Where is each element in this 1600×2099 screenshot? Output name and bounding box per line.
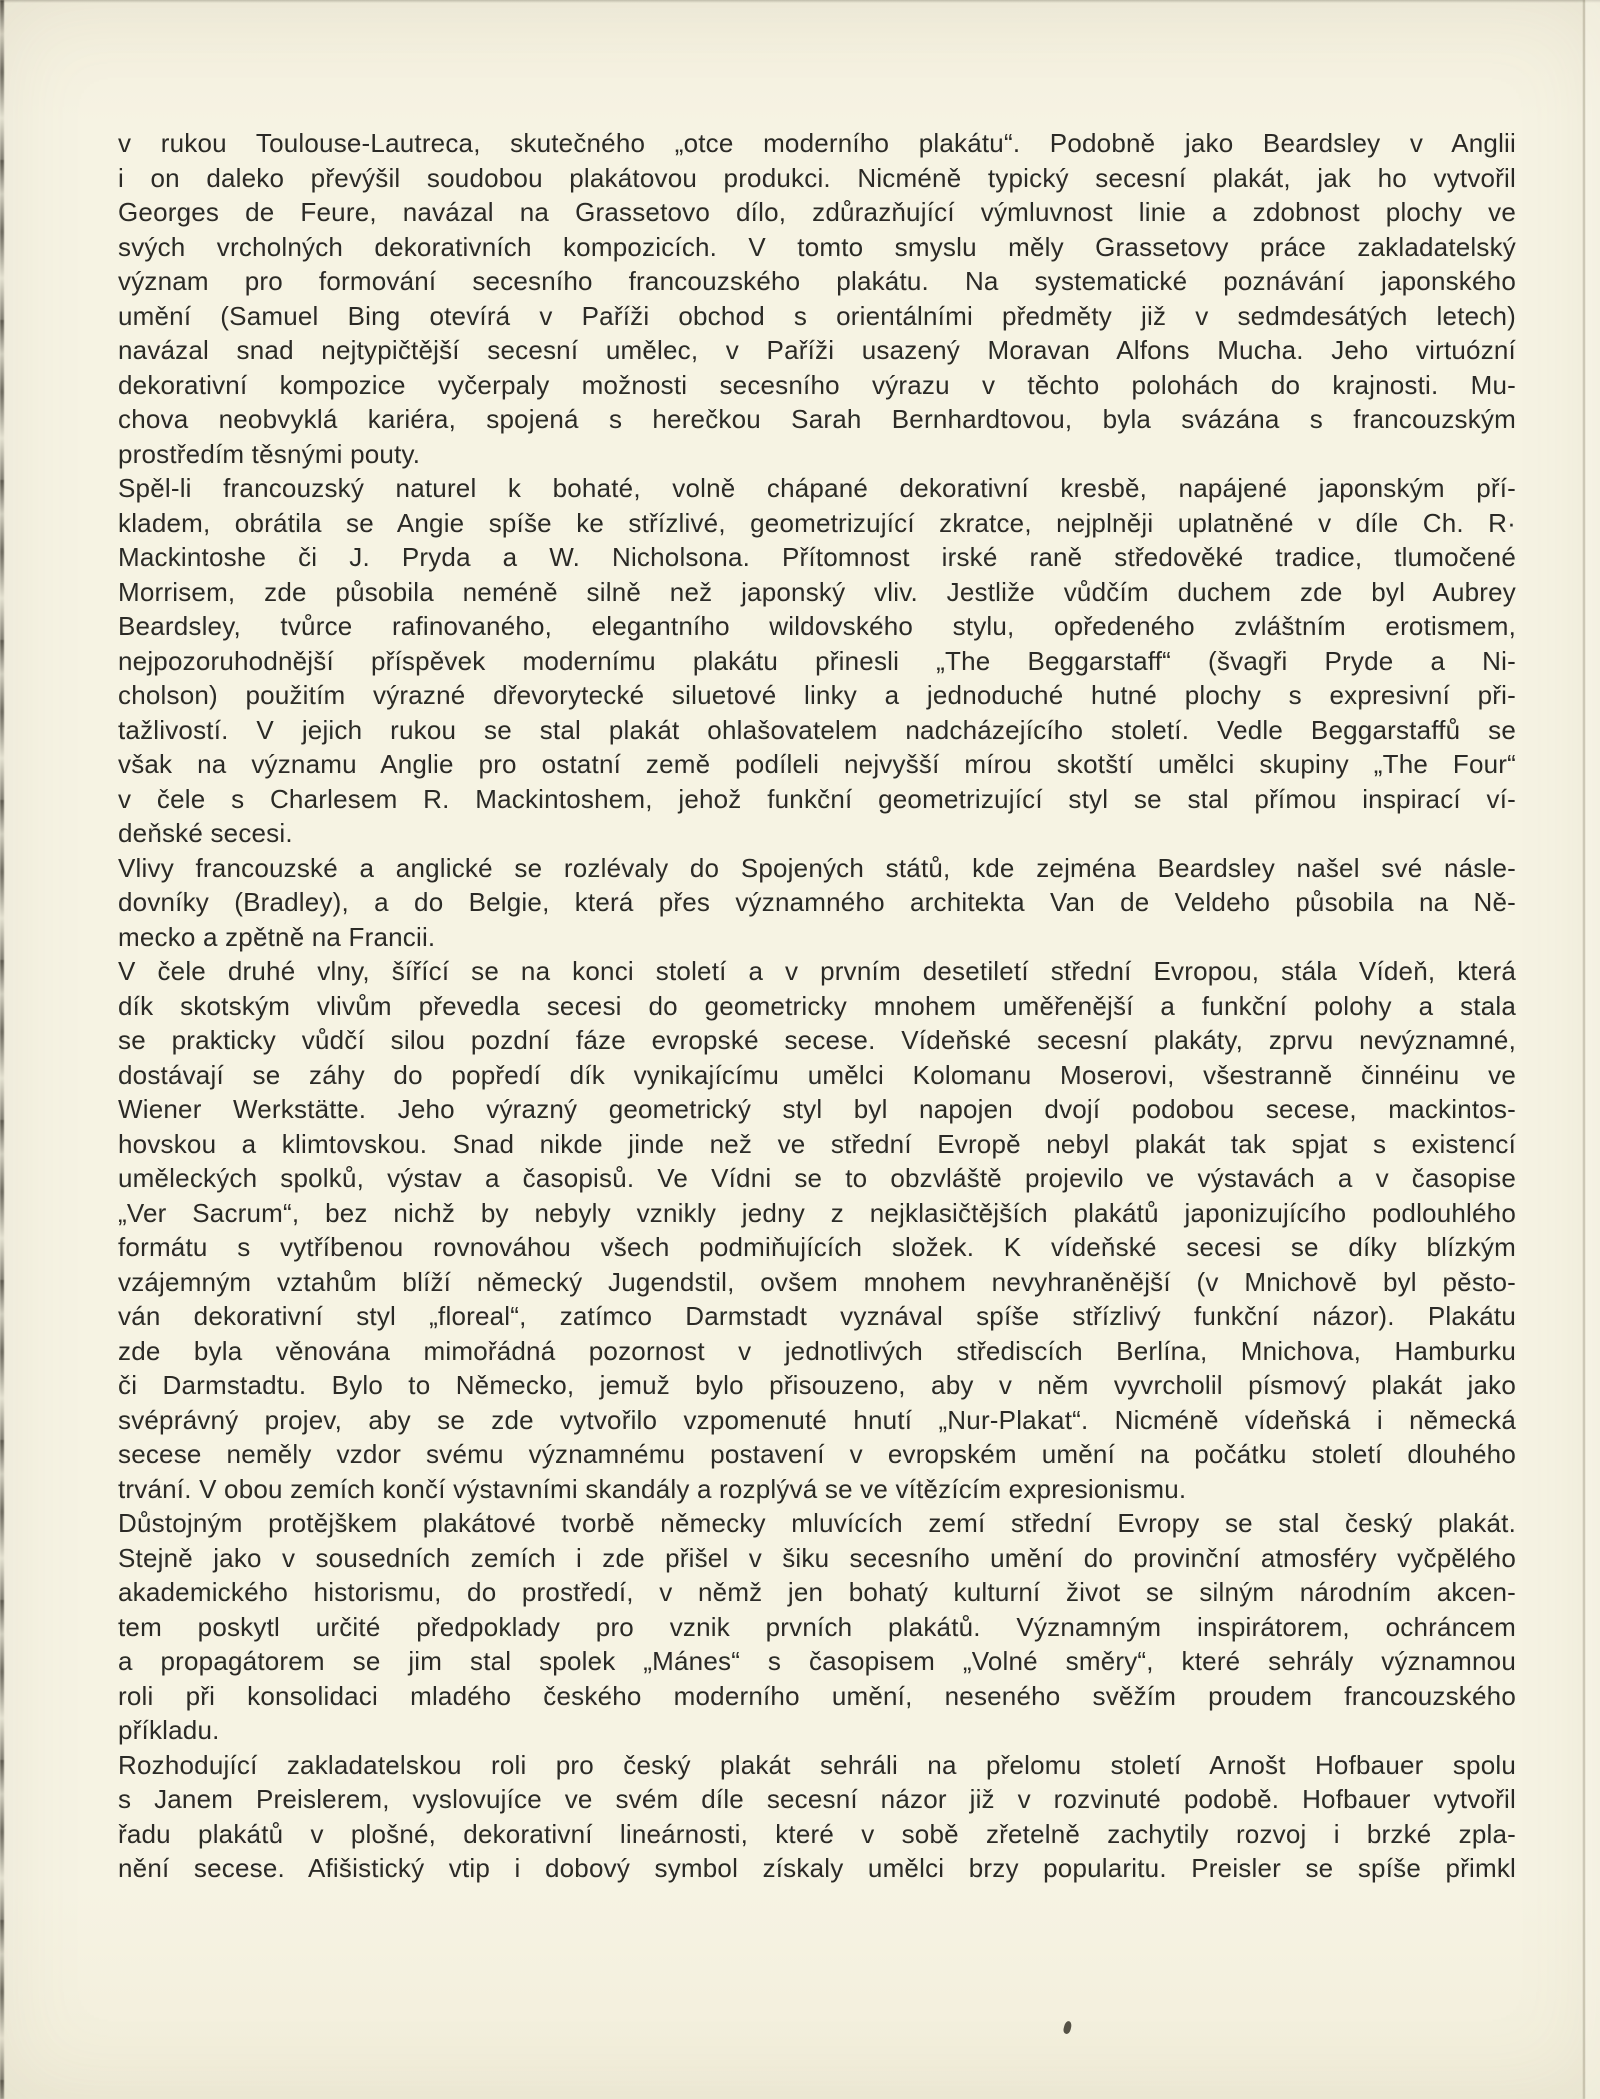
text-line: Wiener Werkstätte. Jeho výrazný geometri… <box>118 1092 1516 1127</box>
scanned-page: v rukou Toulouse-Lautreca, skutečného „o… <box>0 0 1600 2099</box>
text-line: nejpozoruhodnější příspěvek modernímu pl… <box>118 644 1516 679</box>
ink-speck <box>1063 2020 1073 2034</box>
text-line: hovskou a klimtovskou. Snad nikde jinde … <box>118 1127 1516 1162</box>
text-line: řadu plakátů v plošné, dekorativní lineá… <box>118 1817 1516 1852</box>
text-line: Vlivy francouzské a anglické se rozléval… <box>118 851 1516 886</box>
text-line: prostředím těsnými pouty. <box>118 437 1516 472</box>
page-edge-shadow <box>1583 0 1585 2099</box>
text-line: navázal snad nejtypičtější secesní uměle… <box>118 333 1516 368</box>
text-line: v čele s Charlesem R. Mackintoshem, jeho… <box>118 782 1516 817</box>
text-line: secese neměly vzdor svému významnému pos… <box>118 1437 1516 1472</box>
text-line: roli při konsolidaci mladého českého mod… <box>118 1679 1516 1714</box>
text-line: Stejně jako v sousedních zemích i zde př… <box>118 1541 1516 1576</box>
text-line: tažlivostí. V jejich rukou se stal plaká… <box>118 713 1516 748</box>
text-line: Rozhodující zakladatelskou roli pro česk… <box>118 1748 1516 1783</box>
text-line: deňské secesi. <box>118 816 1516 851</box>
text-line: v rukou Toulouse-Lautreca, skutečného „o… <box>118 126 1516 161</box>
text-line: chova neobvyklá kariéra, spojená s hereč… <box>118 402 1516 437</box>
text-line: mecko a zpětně na Francii. <box>118 920 1516 955</box>
scan-top-edge-artifact <box>0 0 1600 3</box>
text-line: Důstojným protějškem plakátové tvorbě ně… <box>118 1506 1516 1541</box>
text-line: Morrisem, zde působila neméně silně než … <box>118 575 1516 610</box>
text-line: a propagátorem se jim stal spolek „Mánes… <box>118 1644 1516 1679</box>
text-line: příkladu. <box>118 1713 1516 1748</box>
text-line: s Janem Preislerem, vyslovujíce ve svém … <box>118 1782 1516 1817</box>
text-line: Beardsley, tvůrce rafinovaného, elegantn… <box>118 609 1516 644</box>
text-line: kladem, obrátila se Angie spíše ke stříz… <box>118 506 1516 541</box>
text-line: trvání. V obou zemích končí výstavními s… <box>118 1472 1516 1507</box>
text-line: Mackintoshe či J. Pryda a W. Nicholsona.… <box>118 540 1516 575</box>
text-line: umění (Samuel Bing otevírá v Paříži obch… <box>118 299 1516 334</box>
page-text: v rukou Toulouse-Lautreca, skutečného „o… <box>118 126 1516 1886</box>
text-line: cholson) použitím výrazné dřevorytecké s… <box>118 678 1516 713</box>
text-line: se prakticky vůdčí silou pozdní fáze evr… <box>118 1023 1516 1058</box>
text-line: význam pro formování secesního francouzs… <box>118 264 1516 299</box>
text-line: i on daleko převýšil soudobou plakátovou… <box>118 161 1516 196</box>
text-line: však na významu Anglie pro ostatní země … <box>118 747 1516 782</box>
text-line: Spěl-li francouzský naturel k bohaté, vo… <box>118 471 1516 506</box>
text-line: Georges de Feure, navázal na Grassetovo … <box>118 195 1516 230</box>
page-edge-paper <box>1585 0 1600 2099</box>
text-line: V čele druhé vlny, šířící se na konci st… <box>118 954 1516 989</box>
text-line: dík skotským vlivům převedla secesi do g… <box>118 989 1516 1024</box>
text-line: vzájemným vztahům blíží německý Jugendst… <box>118 1265 1516 1300</box>
text-line: tem poskytl určité předpoklady pro vznik… <box>118 1610 1516 1645</box>
text-line: či Darmstadtu. Bylo to Německo, jemuž by… <box>118 1368 1516 1403</box>
text-line: ván dekorativní styl „floreal“, zatímco … <box>118 1299 1516 1334</box>
text-line: svých vrcholných dekorativních kompozicí… <box>118 230 1516 265</box>
text-line: dekorativní kompozice vyčerpaly možnosti… <box>118 368 1516 403</box>
text-line: uměleckých spolků, výstav a časopisů. Ve… <box>118 1161 1516 1196</box>
text-line: dovníky (Bradley), a do Belgie, která př… <box>118 885 1516 920</box>
text-line: svéprávný projev, aby se zde vytvořilo v… <box>118 1403 1516 1438</box>
text-line: nění secese. Afišistický vtip i dobový s… <box>118 1851 1516 1886</box>
text-line: akademického historismu, do prostředí, v… <box>118 1575 1516 1610</box>
text-line: „Ver Sacrum“, bez nichž by nebyly vznikl… <box>118 1196 1516 1231</box>
text-line: zde byla věnována mimořádná pozornost v … <box>118 1334 1516 1369</box>
text-line: dostávají se záhy do popředí dík vynikaj… <box>118 1058 1516 1093</box>
scan-left-edge-artifact <box>0 0 4 2099</box>
text-line: formátu s vytříbenou rovnováhou všech po… <box>118 1230 1516 1265</box>
